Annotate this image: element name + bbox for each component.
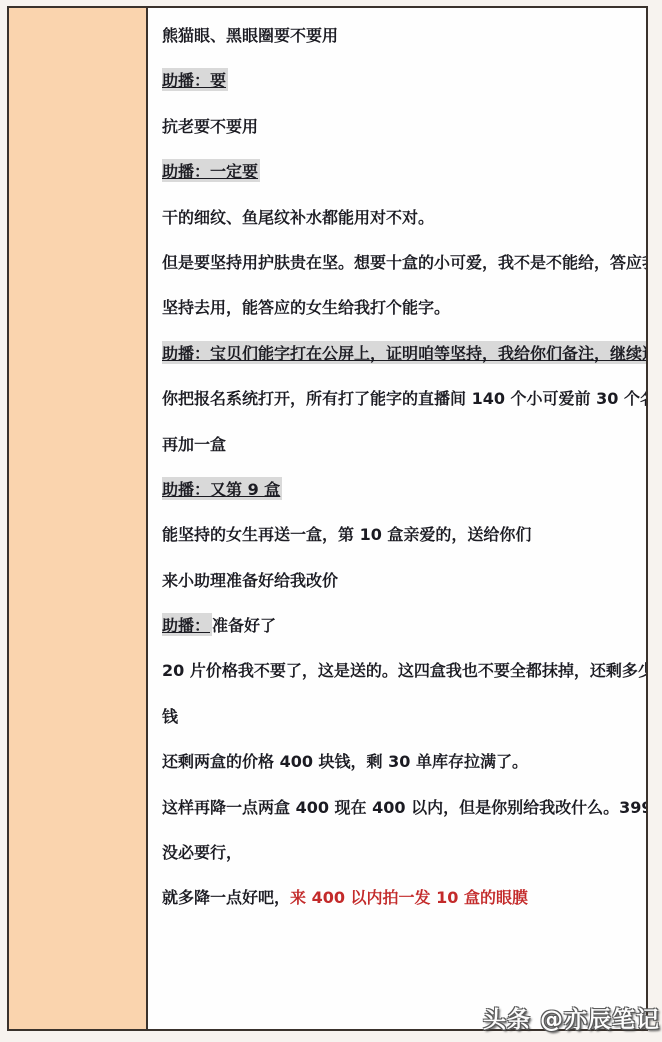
script-lines: 熊猫眼、黑眼圈要不要用助播：要抗老要不要用助播：一定要干的细纹、鱼尾纹补水都能用… <box>162 13 640 921</box>
script-text-red: 来 400 以内拍一发 10 盒的眼膜 <box>290 888 528 907</box>
script-text: 来小助理准备好给我改价 <box>162 571 338 590</box>
table-right-column: 熊猫眼、黑眼圈要不要用助播：要抗老要不要用助播：一定要干的细纹、鱼尾纹补水都能用… <box>148 8 646 1029</box>
table-left-column <box>9 8 148 1029</box>
script-line: 能坚持的女生再送一盒，第 10 盒亲爱的，送给你们 <box>162 512 640 557</box>
script-text: 抗老要不要用 <box>162 117 258 136</box>
assistant-cue-highlight: 助播：宝贝们能字打在公屏上，证明咱等坚持，我给你们备注，继续送 <box>162 341 646 364</box>
script-line: 20 片价格我不要了，这是送的。这四盒我也不要全都抹掉，还剩多少 <box>162 648 640 693</box>
script-line: 钱 <box>162 694 640 739</box>
script-text: 准备好了 <box>212 616 276 635</box>
script-text: 还剩两盒的价格 400 块钱，剩 30 单库存拉满了。 <box>162 752 528 771</box>
script-line: 坚持去用，能答应的女生给我打个能字。 <box>162 285 640 330</box>
script-line: 但是要坚持用护肤贵在坚。想要十盒的小可爱，我不是不能给，答应我 <box>162 240 640 285</box>
script-text: 熊猫眼、黑眼圈要不要用 <box>162 26 338 45</box>
script-line: 助播：要 <box>162 58 640 103</box>
script-line: 就多降一点好吧，来 400 以内拍一发 10 盒的眼膜 <box>162 875 640 920</box>
assistant-cue-highlight: 助播：一定要 <box>162 159 260 182</box>
script-text: 就多降一点好吧， <box>162 888 290 907</box>
script-text: 能坚持的女生再送一盒，第 10 盒亲爱的，送给你们 <box>162 525 531 544</box>
script-text: 没必要行， <box>162 843 242 862</box>
script-line: 来小助理准备好给我改价 <box>162 558 640 603</box>
script-text: 钱 <box>162 707 178 726</box>
script-text: 但是要坚持用护肤贵在坚。想要十盒的小可爱，我不是不能给，答应我 <box>162 253 646 272</box>
script-line: 熊猫眼、黑眼圈要不要用 <box>162 13 640 58</box>
script-line: 干的细纹、鱼尾纹补水都能用对不对。 <box>162 195 640 240</box>
script-text: 坚持去用，能答应的女生给我打个能字。 <box>162 298 450 317</box>
script-line: 助播：准备好了 <box>162 603 640 648</box>
watermark: 头条 @亦辰笔记 <box>483 1001 660 1034</box>
script-table: 熊猫眼、黑眼圈要不要用助播：要抗老要不要用助播：一定要干的细纹、鱼尾纹补水都能用… <box>7 6 648 1031</box>
assistant-cue-highlight: 助播：要 <box>162 68 228 91</box>
script-line: 你把报名系统打开，所有打了能字的直播间 140 个小可爱前 30 个名额 <box>162 376 640 421</box>
script-text: 这样再降一点两盒 400 现在 400 以内，但是你别给我改什么。399，389 <box>162 798 646 817</box>
assistant-cue-highlight: 助播： <box>162 613 212 636</box>
script-line: 这样再降一点两盒 400 现在 400 以内，但是你别给我改什么。399，389 <box>162 785 640 830</box>
script-line: 助播：宝贝们能字打在公屏上，证明咱等坚持，我给你们备注，继续送 <box>162 331 640 376</box>
script-text: 你把报名系统打开，所有打了能字的直播间 140 个小可爱前 30 个名额 <box>162 389 646 408</box>
script-line: 再加一盒 <box>162 422 640 467</box>
script-line: 还剩两盒的价格 400 块钱，剩 30 单库存拉满了。 <box>162 739 640 784</box>
script-text: 再加一盒 <box>162 435 226 454</box>
script-line: 助播：又第 9 盒 <box>162 467 640 512</box>
script-line: 没必要行， <box>162 830 640 875</box>
script-text: 20 片价格我不要了，这是送的。这四盒我也不要全都抹掉，还剩多少 <box>162 661 646 680</box>
script-line: 助播：一定要 <box>162 149 640 194</box>
script-line: 抗老要不要用 <box>162 104 640 149</box>
assistant-cue-highlight: 助播：又第 9 盒 <box>162 477 282 500</box>
script-text: 干的细纹、鱼尾纹补水都能用对不对。 <box>162 208 434 227</box>
